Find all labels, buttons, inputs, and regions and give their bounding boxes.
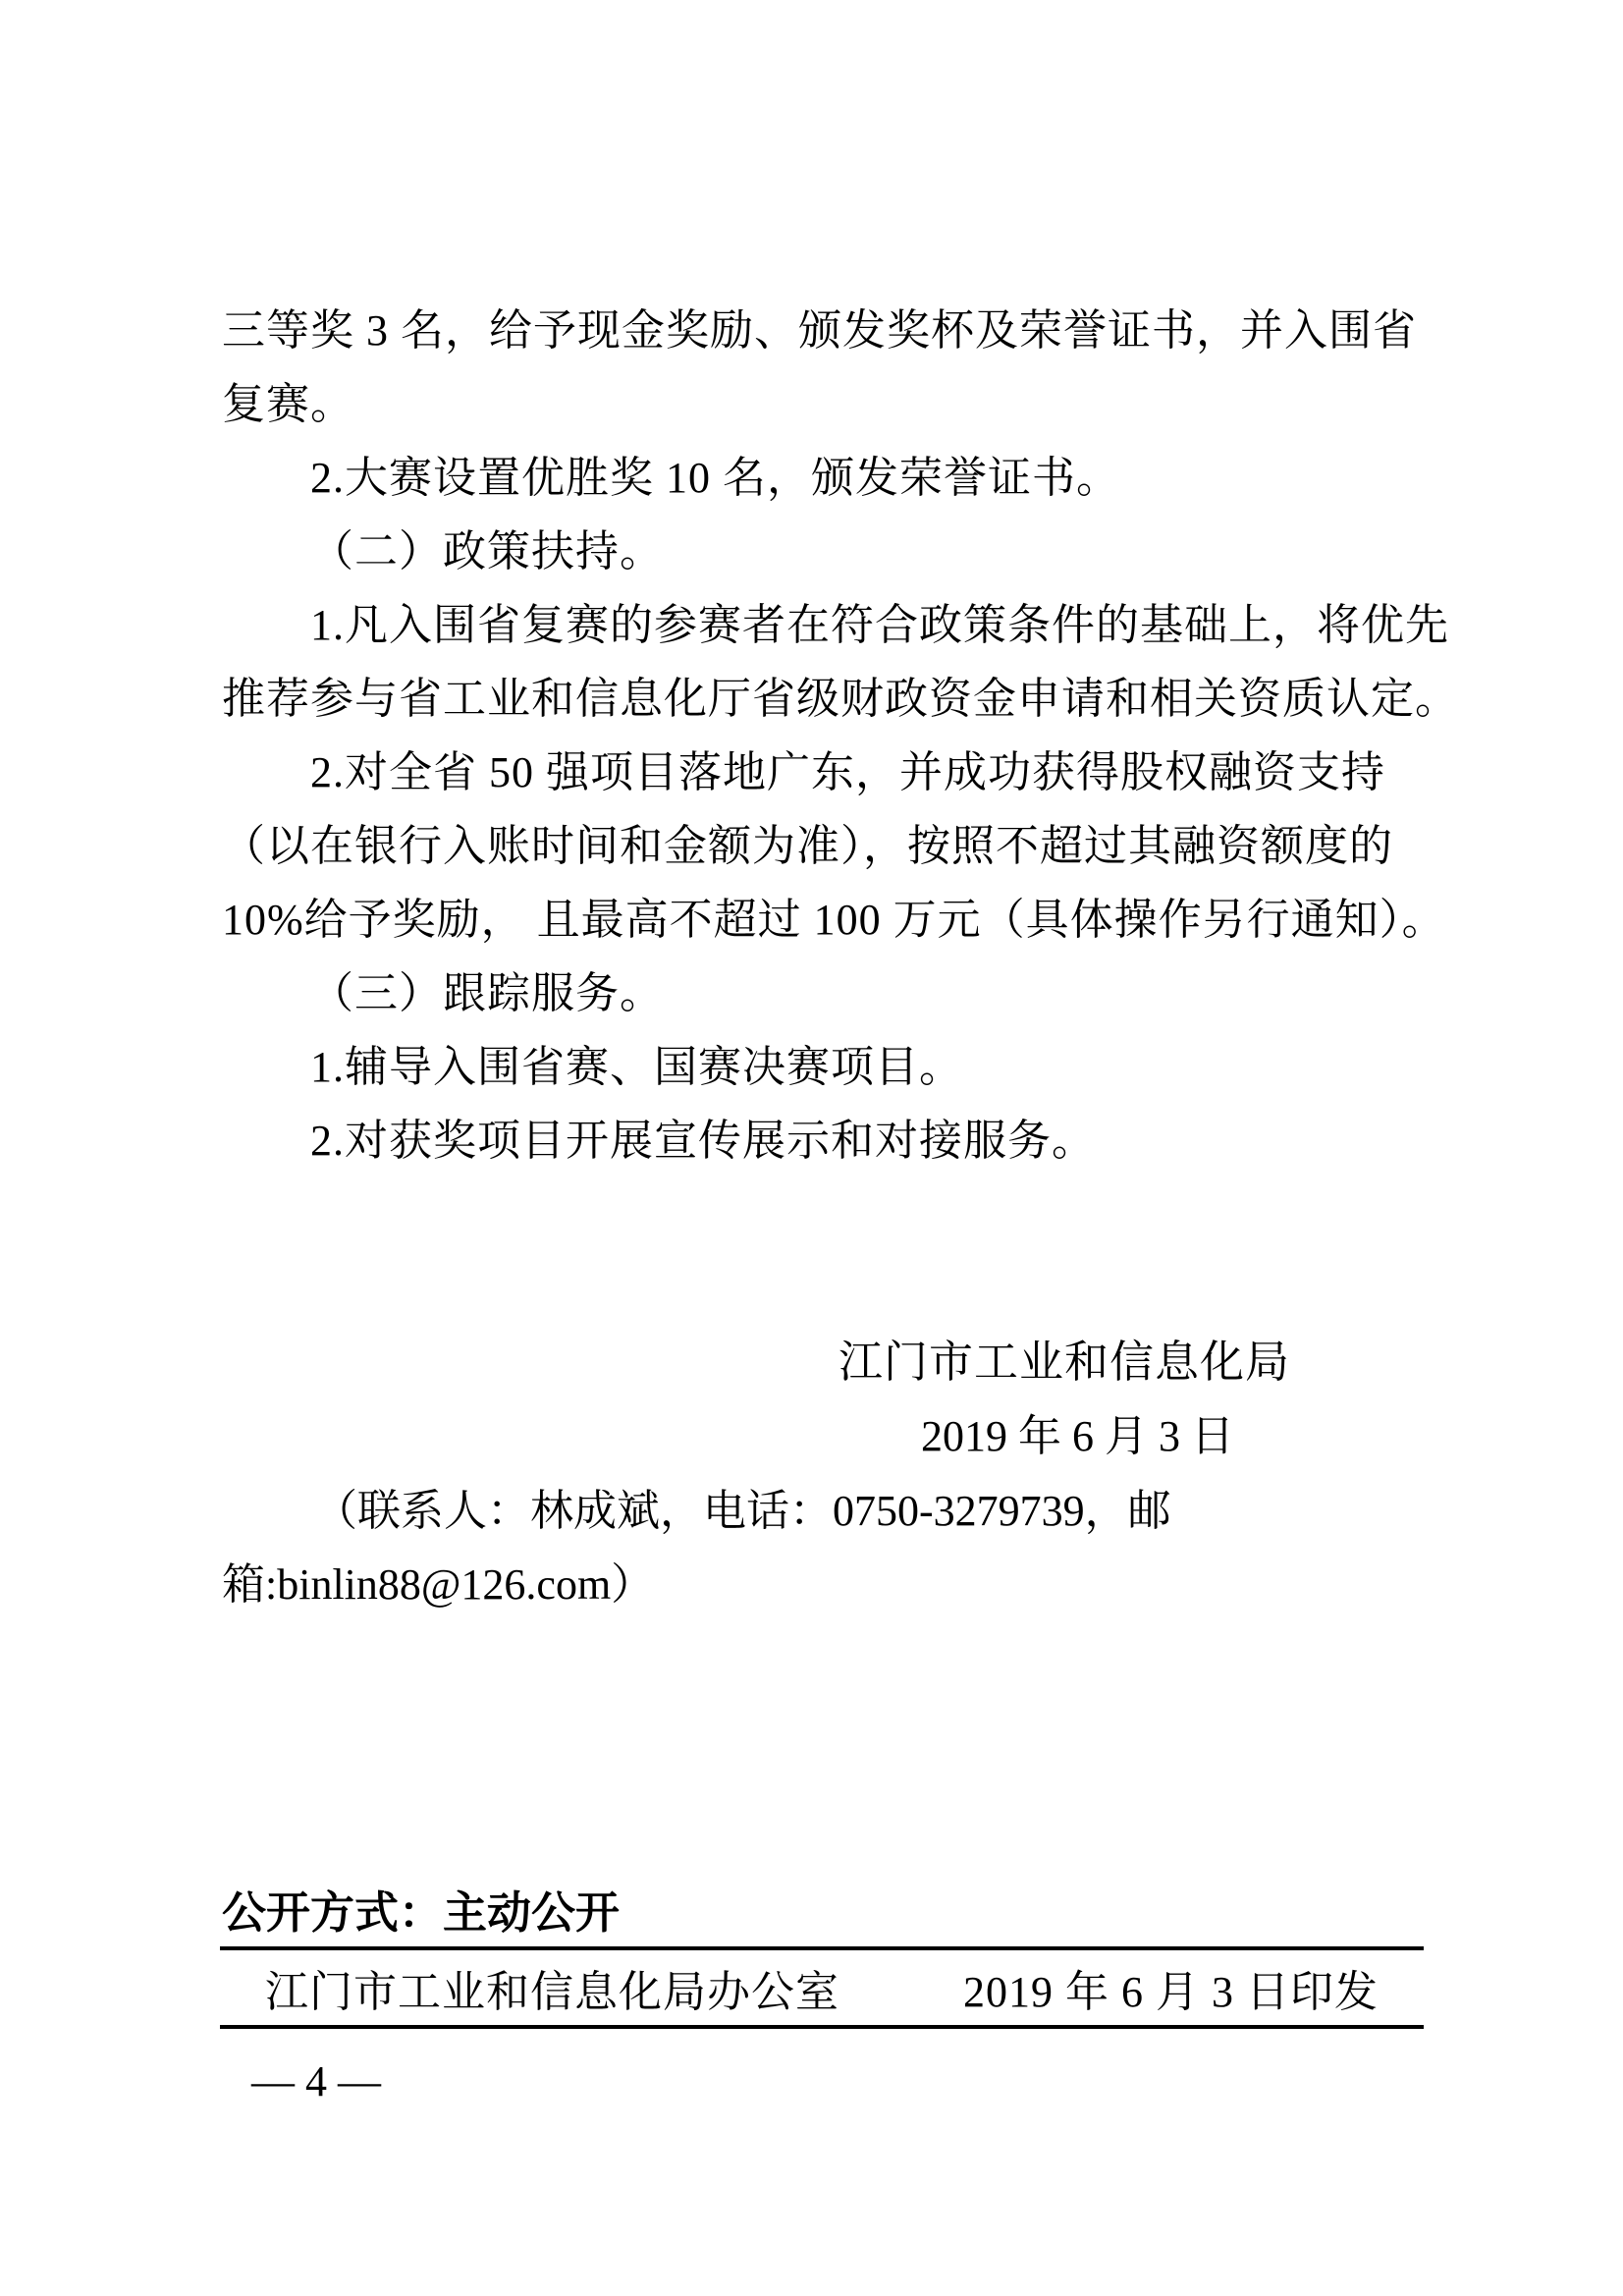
body-line: （以在银行入账时间和金额为准），按照不超过其融资额度的 <box>222 809 1488 883</box>
body-line: 1.凡入围省复赛的参赛者在符合政策条件的基础上，将优先 <box>222 588 1488 662</box>
contact-line-1: （联系人：林成斌，电话：0750-3279739，邮 <box>314 1474 1171 1548</box>
body-line: 三等奖 3 名，给予现金奖励、颁发奖杯及荣誉证书，并入围省 <box>222 294 1488 367</box>
document-footer: 公开方式：主动公开 江门市工业和信息化局办公室 2019 年 6 月 3 日印发 <box>220 1884 1424 2029</box>
body-line: 复赛。 <box>222 367 1488 441</box>
body-line: 2.大赛设置优胜奖 10 名，颁发荣誉证书。 <box>222 441 1488 515</box>
signature-organization: 江门市工业和信息化局 <box>839 1326 1290 1399</box>
footer-issuer-row: 江门市工业和信息化局办公室 2019 年 6 月 3 日印发 <box>220 1950 1424 2025</box>
issuing-office-label: 江门市工业和信息化局办公室 <box>265 1956 839 2019</box>
document-body: 三等奖 3 名，给予现金奖励、颁发奖杯及荣誉证书，并入围省 复赛。 2.大赛设置… <box>222 294 1488 1177</box>
signature-date: 2019 年 6 月 3 日 <box>921 1399 1234 1473</box>
contact-line-2: 箱:binlin88@126.com） <box>222 1548 654 1621</box>
page-number: — 4 — <box>251 2045 381 2118</box>
print-date-label: 2019 年 6 月 3 日印发 <box>963 1956 1379 2019</box>
body-line: 推荐参与省工业和信息化厅省级财政资金申请和相关资质认定。 <box>222 662 1488 736</box>
footer-rule-bottom <box>220 2025 1424 2029</box>
document-page: 三等奖 3 名，给予现金奖励、颁发奖杯及荣誉证书，并入围省 复赛。 2.大赛设置… <box>0 0 1623 2296</box>
body-line: （二）政策扶持。 <box>222 515 1488 588</box>
body-line: （三）跟踪服务。 <box>222 957 1488 1030</box>
body-line: 2.对全省 50 强项目落地广东，并成功获得股权融资支持 <box>222 736 1488 809</box>
disclosure-method-label: 公开方式：主动公开 <box>220 1884 1424 1946</box>
body-line: 10%给予奖励， 且最高不超过 100 万元（具体操作另行通知）。 <box>222 883 1488 957</box>
body-line: 1.辅导入围省赛、国赛决赛项目。 <box>222 1030 1488 1104</box>
body-line: 2.对获奖项目开展宣传展示和对接服务。 <box>222 1104 1488 1177</box>
